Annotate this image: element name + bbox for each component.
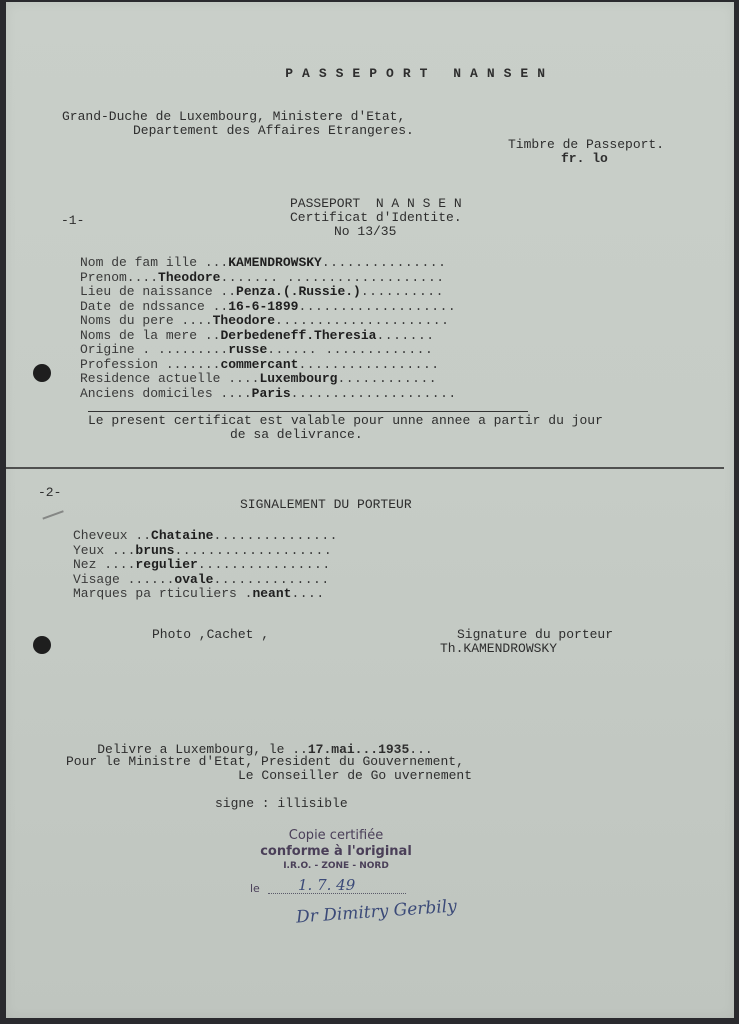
field-row: Prenom....Theodore....... ..............… [80, 271, 457, 286]
field-value: russe [228, 342, 267, 357]
field-value: Theodore [213, 313, 275, 328]
minister-line-2: Le Conseiller de Go uvernement [238, 769, 472, 784]
field-value: 16-6-1899 [228, 299, 298, 314]
field-value: Derbedeneff.Theresia [220, 328, 376, 343]
field-label: Marques pa rticuliers . [73, 586, 252, 601]
field-row: Noms du pere ....Theodore...............… [80, 314, 457, 329]
field-label: Yeux ... [73, 543, 135, 558]
punch-hole-top [33, 364, 51, 382]
field-dots: .......... [361, 284, 444, 299]
field-label: Noms de la mere .. [80, 328, 220, 343]
document-title: PASSEPORT NANSEN [218, 52, 554, 96]
field-dots: ............... [322, 255, 447, 270]
field-dots: .............. [213, 572, 329, 587]
field-label: Prenom.... [80, 270, 158, 285]
description-fields: Cheveux ..Chataine...............Yeux ..… [73, 529, 338, 602]
punch-hole-bottom [33, 636, 51, 654]
field-label: Origine . ......... [80, 342, 228, 357]
field-value: neant [252, 586, 291, 601]
field-label: Cheveux .. [73, 528, 151, 543]
signed-illegible: signe : illisible [215, 797, 348, 812]
field-value: Theodore [158, 270, 220, 285]
field-row: Visage ......ovale.............. [73, 573, 338, 588]
field-dots: .................... [291, 386, 457, 401]
field-value: Chataine [151, 528, 213, 543]
field-row: Cheveux ..Chataine............... [73, 529, 338, 544]
field-row: Date de ndssance ..16-6-1899............… [80, 300, 457, 315]
identity-fields: Nom de fam ille ...KAMENDROWSKY.........… [80, 256, 457, 401]
stamp-handwritten-date: 1. 7. 49 [298, 876, 355, 894]
passport-stamp-value: fr. lo [561, 152, 608, 167]
field-label: Nom de fam ille ... [80, 255, 228, 270]
field-row: Residence actuelle ....Luxembourg.......… [80, 372, 457, 387]
stamp-date-prefix: le [250, 882, 260, 895]
field-dots: ............... [213, 528, 338, 543]
field-dots: ....... [376, 328, 434, 343]
section-2-number: -2- [38, 486, 61, 501]
certifier-signature: Dr Dimitry Gerbily [295, 896, 457, 927]
certification-stamp: Copie certifiée conforme à l'original I.… [246, 828, 426, 873]
bearer-signature-name: Th.KAMENDROWSKY [440, 642, 557, 657]
field-label: Lieu de naissance .. [80, 284, 236, 299]
field-row: Lieu de naissance ..Penza.(.Russie.)....… [80, 285, 457, 300]
photo-cachet-label: Photo ,Cachet , [152, 628, 269, 643]
field-row: Origine . .........russe...... .........… [80, 343, 457, 358]
document-title-text: PASSEPORT NANSEN [285, 66, 554, 81]
field-row: Marques pa rticuliers .neant.... [73, 587, 338, 602]
stamp-line-1: Copie certifiée [246, 828, 426, 844]
certificate-number: No 13/35 [334, 225, 396, 240]
field-dots: ..................... [275, 313, 449, 328]
field-row: Anciens domiciles ....Paris.............… [80, 387, 457, 402]
field-dots: ................ [198, 557, 331, 572]
issuer-line-2: Departement des Affaires Etrangeres. [133, 124, 414, 139]
field-label: Profession ....... [80, 357, 220, 372]
field-value: ovale [174, 572, 213, 587]
stamp-line-3: I.R.O. - ZONE - NORD [246, 860, 426, 873]
field-value: Paris [252, 386, 291, 401]
field-dots: ............ [337, 371, 437, 386]
field-value: bruns [135, 543, 174, 558]
validity-line-2: de sa delivrance. [230, 428, 363, 443]
section-2-title: SIGNALEMENT DU PORTEUR [240, 498, 412, 513]
field-row: Nez ....regulier................ [73, 558, 338, 573]
field-label: Anciens domiciles .... [80, 386, 252, 401]
field-dots: ...... ............. [267, 342, 433, 357]
field-label: Date de ndssance .. [80, 299, 228, 314]
document-page: PASSEPORT NANSEN Grand-Duche de Luxembou… [6, 2, 734, 1018]
field-dots: ................... [174, 543, 332, 558]
field-row: Yeux ...bruns................... [73, 544, 338, 559]
field-value: Penza.(.Russie.) [236, 284, 361, 299]
field-row: Nom de fam ille ...KAMENDROWSKY.........… [80, 256, 457, 271]
field-row: Noms de la mere ..Derbedeneff.Theresia..… [80, 329, 457, 344]
stamp-line-2: conforme à l'original [246, 844, 426, 860]
field-value: Luxembourg [259, 371, 337, 386]
validity-rule [88, 411, 528, 412]
field-dots: ....... ................... [220, 270, 444, 285]
field-row: Profession .......commercant............… [80, 358, 457, 373]
field-dots: ................. [298, 357, 439, 372]
section-separator [6, 467, 724, 469]
field-value: regulier [135, 557, 197, 572]
field-dots: .... [291, 586, 324, 601]
field-label: Residence actuelle .... [80, 371, 259, 386]
field-label: Noms du pere .... [80, 313, 213, 328]
section-1-number: -1- [61, 214, 84, 229]
field-value: KAMENDROWSKY [228, 255, 322, 270]
field-dots: ................... [298, 299, 456, 314]
field-label: Nez .... [73, 557, 135, 572]
field-value: commercant [220, 357, 298, 372]
field-label: Visage ...... [73, 572, 174, 587]
pencil-mark [42, 510, 63, 519]
